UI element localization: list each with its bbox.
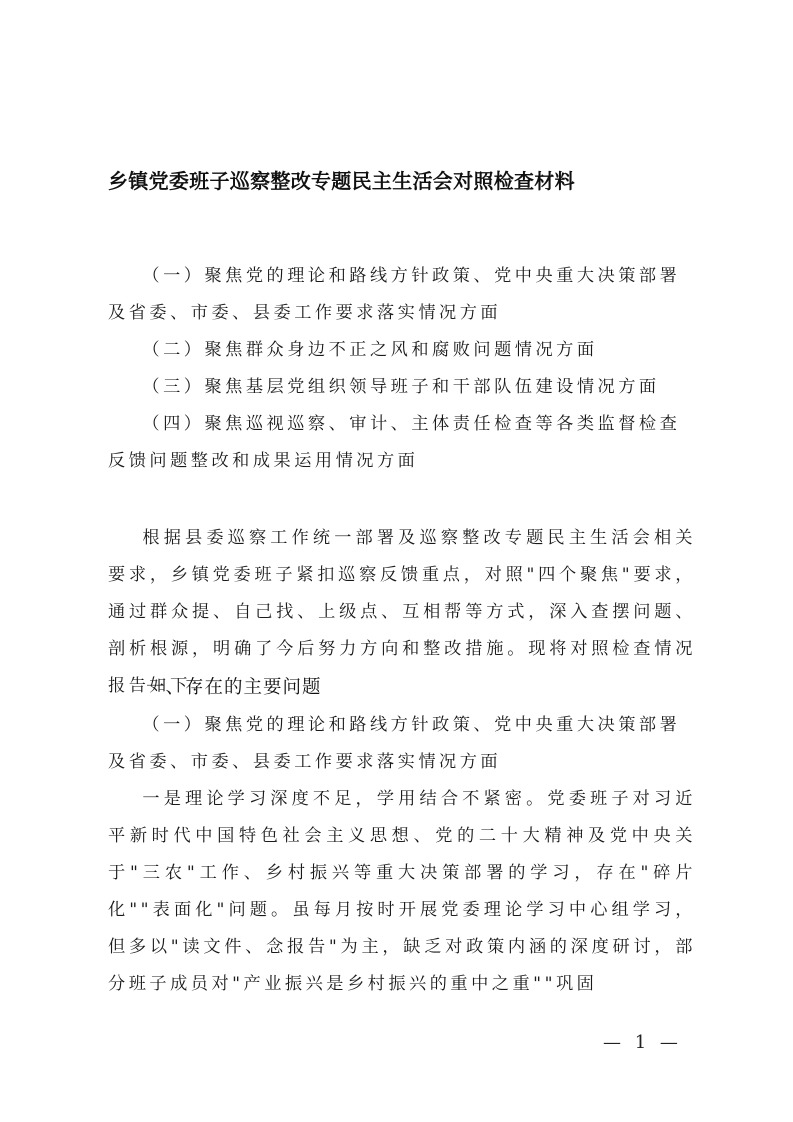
section-1-body: （一）聚焦党的理论和路线方针政策、党中央重大决策部署及省委、市委、县委工作要求落… <box>108 707 696 1003</box>
outline-item-1: （一）聚焦党的理论和路线方针政策、党中央重大决策部署及省委、市委、县委工作要求落… <box>108 258 696 332</box>
section-subheading: （一）聚焦党的理论和路线方针政策、党中央重大决策部署及省委、市委、县委工作要求落… <box>108 707 696 781</box>
outline-list: （一）聚焦党的理论和路线方针政策、党中央重大决策部署及省委、市委、县委工作要求落… <box>108 258 696 480</box>
body-paragraph: 一是理论学习深度不足，学用结合不紧密。党委班子对习近平新时代中国特色社会主义思想… <box>108 781 696 1003</box>
section-heading: 一、存在的主要问题 <box>146 675 322 701</box>
outline-item-4: （四）聚焦巡视巡察、审计、主体责任检查等各类监督检查反馈问题整改和成果运用情况方… <box>108 406 696 480</box>
page-number: — 1 — <box>603 1031 682 1055</box>
outline-item-2: （二）聚焦群众身边不正之风和腐败问题情况方面 <box>108 332 696 369</box>
outline-item-3: （三）聚焦基层党组织领导班子和干部队伍建设情况方面 <box>108 369 696 406</box>
document-page: 乡镇党委班子巡察整改专题民主生活会对照检查材料 （一）聚焦党的理论和路线方针政策… <box>0 0 793 1122</box>
document-title: 乡镇党委班子巡察整改专题民主生活会对照检查材料 <box>108 168 575 194</box>
